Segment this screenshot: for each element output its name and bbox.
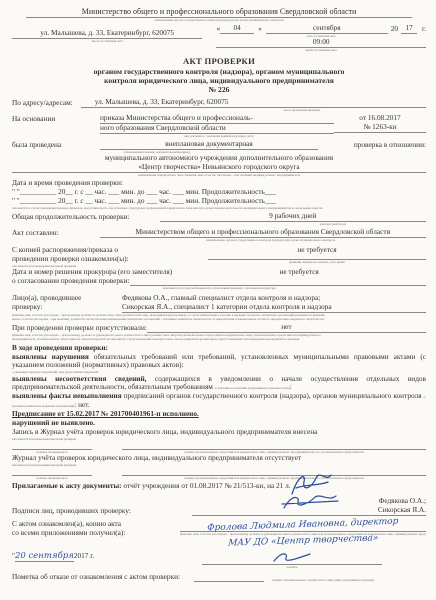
acknowledgment-label-line2: со всеми приложениями получил(а): <box>12 529 172 538</box>
ack-date-row: "20 сентября2017 г. подпись <box>12 551 426 569</box>
findings-p1: выявлены нарушения обязательных требован… <box>12 353 426 371</box>
findings-p2-inline-caption: (с указанием положений (нормативных) пра… <box>215 386 290 390</box>
findings-p3-tail: : нет. <box>74 400 89 409</box>
subject-caption: наименование юридического лица, фамилия,… <box>12 173 426 177</box>
journal-sig-left-2: подпись проверяющего <box>12 471 92 480</box>
copy-ack-value: не требуется <box>208 246 426 255</box>
ack-date-handwritten: 20 сентября <box>15 551 74 562</box>
attachments-label: Прилагаемые к акту документы: <box>12 481 122 490</box>
copy-ack-value-block: не требуется фамилии, инициалы, подпись,… <box>208 246 426 264</box>
conducted-row: была проведена внеплановая документарная… <box>12 140 426 150</box>
copy-ack-label-line2: проведении проверки ознакомлен(ы): <box>12 255 202 264</box>
sikorskaya-signature-scribble <box>280 492 340 512</box>
refusal-blank <box>194 573 264 582</box>
date-year-prefix: 20 <box>391 25 398 34</box>
place-date-row: ул. Малышева, д. 33, Екатеринбург, 62007… <box>12 24 426 52</box>
date-g: г. <box>422 25 426 34</box>
attendees-label: При проведении проверки присутствовали: <box>12 324 147 333</box>
ack-date: "20 сентября2017 г. <box>12 551 162 561</box>
inspector-2: Сикорская Я.А., специалист 1 категории о… <box>122 303 426 313</box>
address-label: По адресу/адресам: <box>12 99 73 108</box>
basis-doc-line2: ного образования Свердловской области <box>100 124 334 134</box>
director-signature-scribble <box>272 551 312 563</box>
date-block: « 04 » сентября 20 17 г. дата составлени… <box>216 24 426 52</box>
inspectors-row: Лицо(а), проводившее проверку: Федякова … <box>12 294 426 313</box>
prosecutor-caption: заполняется в случае необходимости согла… <box>12 286 426 290</box>
prosecutor-blank <box>130 277 426 286</box>
findings-p2-bold: выявлены несоответствия сведений, <box>12 374 147 383</box>
duration-value: 9 рабочих дней <box>160 212 426 222</box>
date-day: 04 <box>220 24 254 34</box>
ack-date-rest: 2017 г. <box>74 551 94 560</box>
findings-p2: выявлены несоответствия сведений, содерж… <box>12 375 426 393</box>
attendees-value: нет <box>147 323 426 333</box>
conducted-label: была проведена <box>12 141 100 150</box>
journal-entry-caption: заполняется при проведении выездной пров… <box>12 437 426 441</box>
signatures-label: Подписи лиц, проводивших проверку: <box>12 497 192 516</box>
act-number: № 226 <box>12 85 426 94</box>
act-by-value: Министерством общего и профессионального… <box>100 228 426 238</box>
copy-ack-row: С копией распоряжения/приказа о проведен… <box>12 246 426 268</box>
findings-p3: выявлены факты невыполнения предписаний … <box>12 392 426 410</box>
conducted-suffix: проверка в отношении: <box>318 141 426 150</box>
inspectors-values: Федякова О.А., главный специалист отдела… <box>122 294 426 313</box>
date-quote-close: » <box>258 25 262 34</box>
inspectors-label: Лицо(а), проводившее проверку: <box>12 294 122 312</box>
act-subtitle-1: органом государственного контроля (надзо… <box>12 67 426 76</box>
datetime-caption: заполняется в случае проведения проверок… <box>12 206 426 210</box>
attendees-caption-2: предпринимателя, уполномоченного предста… <box>12 337 426 341</box>
duration-label: Общая продолжительность проверки: <box>12 213 130 222</box>
datetime-blank-line2: " "__________ 20__ г. с __ час. ___ мин.… <box>12 197 426 206</box>
acknowledgment-label: С актом ознакомлен(а), копию акта со все… <box>12 520 172 538</box>
basis-ref-number: № 1263-кн <box>334 123 426 133</box>
address-row: По адресу/адресам: ул. Малышева, д. 33, … <box>12 98 426 108</box>
act-title: АКТ ПРОВЕРКИ <box>12 56 426 66</box>
journal-sig-right-caption-2: подпись уполномоченного представителя юр… <box>122 476 426 480</box>
act-by-label: Акт составлен: <box>12 229 100 238</box>
scanned-act-document: Министерство общего и профессионального … <box>0 0 436 600</box>
journal-sig-right-2: подпись уполномоченного представителя юр… <box>122 471 426 480</box>
journal-sig-left-caption-2: подпись проверяющего <box>12 476 92 480</box>
acknowledgment-handwriting-block: Фролова Людмила Ивановна, директор фамил… <box>180 520 426 547</box>
findings-p1-bold: выявлены нарушения <box>12 352 89 361</box>
refusal-row: Пометка об отказе от ознакомления с акто… <box>12 573 426 582</box>
inspectors-label-line2: проверку: <box>12 303 122 312</box>
basis-caption: вид документа с указанием реквизитов (но… <box>12 134 426 138</box>
time-caption: время составления акта <box>216 48 426 52</box>
act-by-caption: наименование органа государственного кон… <box>116 238 427 242</box>
copy-ack-label: С копией распоряжения/приказа о проведен… <box>12 246 202 268</box>
attachments-line: Прилагаемые к акту документы: отчёт учре… <box>12 482 426 491</box>
basis-row: На основании приказа Министерства общего… <box>12 114 426 134</box>
prosecutor-label2: о согласовании проведения проверки: <box>12 277 130 286</box>
copy-ack-value-caption: фамилии, инициалы, подпись, дата, время <box>208 260 426 264</box>
date-line: « 04 » сентября 20 17 г. <box>216 24 426 34</box>
journal-entry: Запись в Журнал учёта проверок юридическ… <box>12 428 426 437</box>
acknowledgment-handwriting-1: Фролова Людмила Ивановна, директор <box>180 520 426 532</box>
conducted-type: внеплановая документарная <box>100 140 318 150</box>
attachments-value: отчёт учреждения от 01.08.2017 № 21/513-… <box>122 481 291 490</box>
attendees-row: При проведении проверки присутствовали: … <box>12 323 426 333</box>
ack-sign-block: подпись <box>202 551 382 569</box>
prosecutor-row2: о согласовании проведения проверки: <box>12 277 426 286</box>
time-of-drawing: 09:00 <box>216 38 426 48</box>
refusal-label: Пометка об отказе от ознакомления с акто… <box>12 573 180 582</box>
duration-caption: рабочих дней/часов <box>240 222 426 226</box>
ministry-caption: наименование органа государственного кон… <box>12 18 426 22</box>
ack-sign-caption: подпись <box>202 565 382 569</box>
act-by-row: Акт составлен: Министерством общего и пр… <box>12 228 426 238</box>
findings-p3-rest: предписаний органов государственного кон… <box>122 391 424 400</box>
findings-p2-tail: : <box>290 382 292 391</box>
place-block: ул. Малышева, д. 33, Екатеринбург, 62007… <box>12 24 202 43</box>
journal-absent-caption: заполняется при проведении выездной пров… <box>12 463 426 467</box>
signatures-row: Подписи лиц, проводивших проверку: Федяк… <box>12 497 426 516</box>
acknowledgment-row: С актом ознакомлен(а), копию акта со все… <box>12 520 426 547</box>
duration-row: Общая продолжительность проверки: 9 рабо… <box>12 212 426 222</box>
place-of-drawing: ул. Малышева, д. 33, Екатеринбург, 62007… <box>12 24 202 39</box>
inspectors-caption-2: имена, отчества (последнее – при наличии… <box>12 317 426 321</box>
date-year-suffix: 17 <box>401 24 417 34</box>
address-caption: место проведения проверки <box>178 108 426 112</box>
basis-label: На основании <box>12 114 100 124</box>
prosecutor-value: не требуется <box>172 268 426 277</box>
acknowledgment-handwriting-2: МАУ ДО «Центр творчества» <box>180 536 426 547</box>
journal-absent: Журнал учёта проверок юридического лица,… <box>12 454 426 463</box>
findings-p3-bold: выявлены факты невыполнения <box>12 391 122 400</box>
refusal-caption: подпись уполномоченного должностного лиц… <box>272 578 426 582</box>
date-month: сентября <box>266 24 388 34</box>
act-subtitle-2: контроля юридического лица, индивидуальн… <box>12 76 426 85</box>
ministry-name: Министерство общего и профессионального … <box>26 7 412 18</box>
subject-line2: «Центр творчества» Невьянского городског… <box>12 163 426 173</box>
basis-document: приказа Министерства общего и профессион… <box>100 114 334 134</box>
place-caption: место составления акта <box>12 39 202 43</box>
basis-refs: от 16.08.2017 № 1263-кн <box>334 114 426 133</box>
journal-sig-row-2: подпись проверяющего подпись уполномочен… <box>12 471 426 480</box>
address-value: ул. Малышева, д. 33, Екатеринбург, 62007… <box>81 98 426 108</box>
